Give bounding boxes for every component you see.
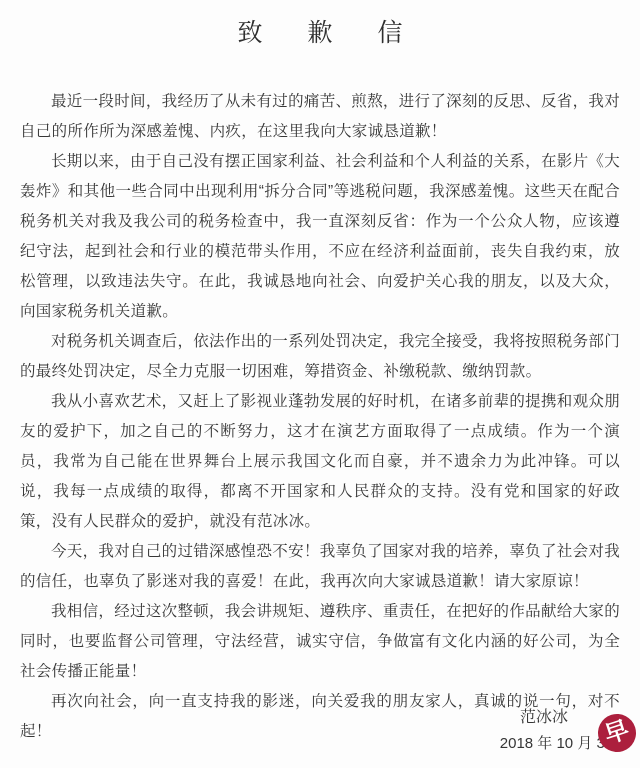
letter-paragraph: 长期以来，由于自己没有摆正国家利益、社会利益和个人利益的关系，在影片《大轰炸》和… [20, 147, 620, 327]
letter-paragraph: 我相信，经过这次整顿，我会讲规矩、遵秩序、重责任，在把好的作品献给大家的同时，也… [20, 597, 620, 687]
letter-title: 致歉信 [0, 0, 640, 49]
letter-paragraph: 对税务机关调查后，依法作出的一系列处罚决定，我完全接受，我将按照税务部门的最终处… [20, 327, 620, 387]
zaobao-logo-glyph: 早 [602, 718, 632, 748]
signature-date: 2018 年 10 月 3 日 [0, 730, 624, 757]
letter-paragraph: 今天，我对自己的过错深感惶恐不安！我辜负了国家对我的培养，辜负了社会对我的信任，… [20, 537, 620, 597]
letter-paragraph: 最近一段时间，我经历了从未有过的痛苦、煎熬，进行了深刻的反思、反省，我对自己的所… [20, 87, 620, 147]
letter-body: 最近一段时间，我经历了从未有过的痛苦、煎熬，进行了深刻的反思、反省，我对自己的所… [20, 87, 620, 747]
signature-name: 范冰冰 [0, 706, 568, 730]
apology-letter-page: 致歉信 最近一段时间，我经历了从未有过的痛苦、煎熬，进行了深刻的反思、反省，我对… [0, 0, 640, 768]
letter-paragraph: 我从小喜欢艺术，又赶上了影视业蓬勃发展的好时机，在诸多前辈的提携和观众朋友的爱护… [20, 387, 620, 537]
signature-block: 范冰冰 2018 年 10 月 3 日 [0, 706, 640, 757]
